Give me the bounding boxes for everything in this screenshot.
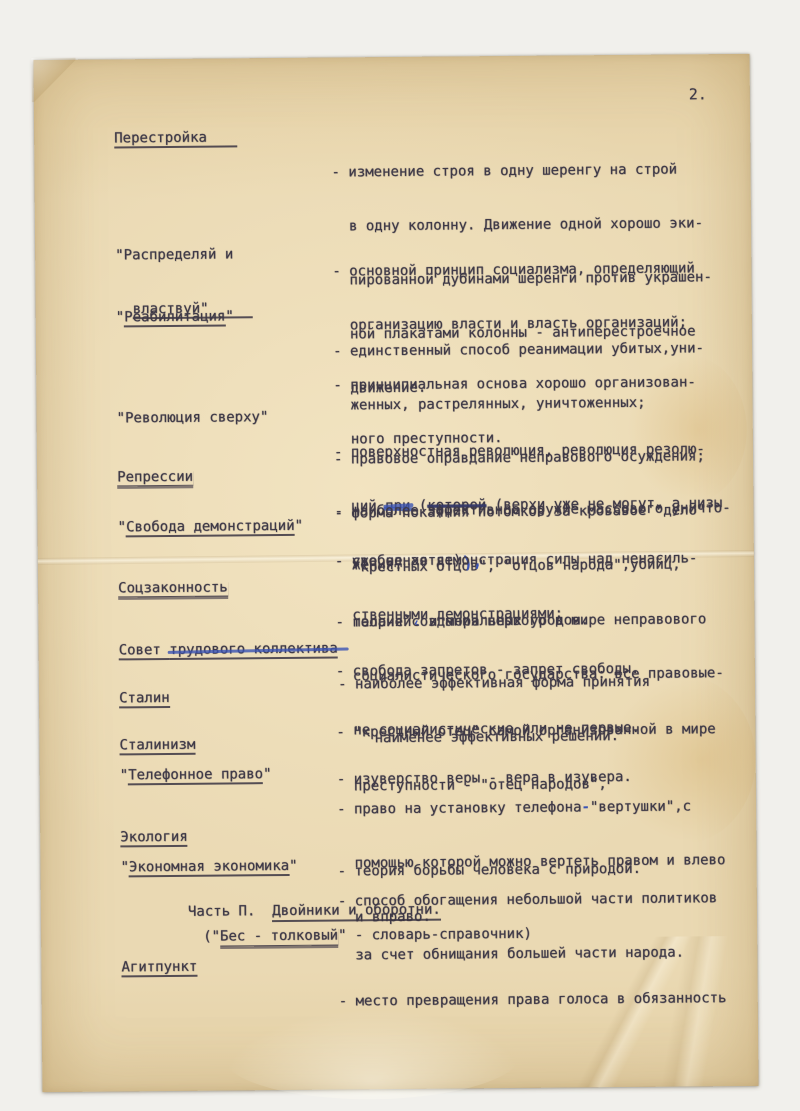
- definition-line: - свободная демонстрация силы над ненаси…: [335, 549, 698, 570]
- definition-line: - теория создания первого в мире неправо…: [335, 610, 723, 631]
- term-line: "Распределяй и: [115, 245, 332, 265]
- term: Экология: [120, 827, 337, 847]
- definition-text: "вертушки",с: [590, 798, 691, 815]
- term-text: Репрессии: [117, 469, 193, 487]
- term-text: Соцзаконность: [118, 579, 228, 597]
- term: Сталинизм: [119, 735, 336, 755]
- definition-line: - поверхностная революция, революция рез…: [334, 440, 722, 461]
- term-quote: ": [225, 308, 234, 324]
- term-text: Телефонное право: [128, 766, 263, 785]
- definitions: - место превращения права голоса в обяза…: [338, 953, 727, 1046]
- term: Агитпункт: [121, 957, 338, 977]
- subheading-title: Бес - толковый: [220, 927, 338, 947]
- term-text: Экономная экономика: [129, 858, 289, 877]
- term-text: Свобода демонстраций: [126, 518, 295, 537]
- subheading-text: (": [203, 928, 220, 946]
- term: "Свобода демонстраций": [118, 517, 335, 537]
- term-text: "Революция сверху": [117, 409, 269, 426]
- term-text: Экология: [120, 829, 188, 848]
- definition-line: - основной принцип социализма, определяю…: [332, 259, 695, 280]
- term-text: Сталинизм: [119, 737, 195, 756]
- blue-inked-hyphen: -: [581, 799, 590, 815]
- definition-line: - право на установку телефона-"вертушки"…: [337, 797, 725, 818]
- term-quote: ": [289, 858, 298, 874]
- page-number: 2.: [689, 85, 707, 103]
- term-text: Реабилитация: [124, 308, 225, 327]
- term: "Революция сверху": [117, 408, 334, 428]
- subheading-text: " - словарь-справочник): [338, 925, 532, 945]
- part-heading-lead: Часть П.: [188, 902, 272, 921]
- corner-fold: [31, 58, 75, 102]
- document-page: 2. Перестройка - изменение строя в одну …: [34, 54, 759, 1092]
- term: Перестройка: [114, 128, 331, 148]
- term-text: Совет: [119, 642, 170, 660]
- term-text: Перестройка: [114, 129, 237, 148]
- term: "Реабилитация": [116, 307, 333, 327]
- part-heading-title: Двойники и оборотни.: [272, 901, 441, 922]
- term-quote: ": [263, 766, 272, 782]
- term: Сталин: [119, 688, 336, 708]
- term: Репрессии: [117, 467, 334, 487]
- term: Совет трудового коллектива: [119, 640, 338, 660]
- definition-text: - право на установку телефона: [337, 799, 582, 817]
- term-quote: ": [295, 518, 304, 534]
- scan-background: { "page_number": "2.", "palette": { "pap…: [0, 0, 800, 1111]
- term: "Телефонное право": [120, 765, 337, 785]
- definition-line: - изменение строя в одну шеренгу на стро…: [331, 160, 711, 181]
- term: Соцзаконность: [118, 578, 335, 598]
- term-text-blue-struck: трудового коллектива: [169, 641, 338, 660]
- term-text: Агитпункт: [121, 959, 197, 978]
- definition-line: - место превращения права голоса в обяза…: [339, 989, 727, 1010]
- term: "Экономная экономика": [120, 857, 337, 877]
- term-text: Сталин: [119, 690, 170, 708]
- definition-line: - единственный способ реанимации убитых,…: [333, 339, 704, 360]
- entry-row: Агитпункт - место превращения права голо…: [121, 953, 744, 1048]
